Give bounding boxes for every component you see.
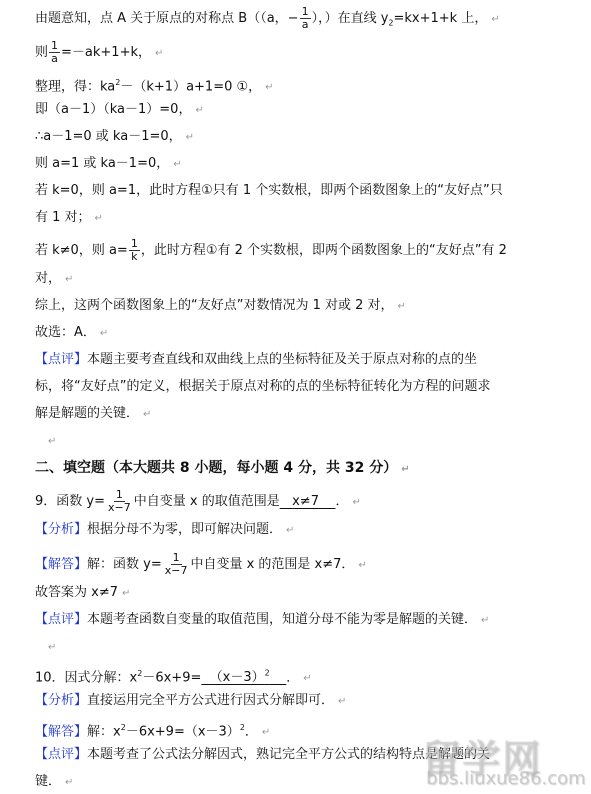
comment-block: 【点评】本题考查了公式法分解因式，熟记完全平方公式的结构特点是解题的关: [35, 746, 490, 764]
paragraph-mark-icon: ↵: [100, 328, 108, 339]
text-line: 键．↵: [35, 773, 73, 792]
answer-blank: （x－3）2: [201, 670, 286, 685]
comment-block: 【点评】本题考查函数自变量的取值范围，知道分母不能为零是解题的关键．↵: [35, 611, 489, 630]
text-line: 标，将“友好点”的定义，根据关于原点对称的点的坐标特征转化为方程的问题求: [35, 378, 490, 396]
paragraph-mark-icon: ↵: [65, 274, 73, 285]
denominator: x−7: [163, 565, 190, 577]
text-line: 综上，这两个函数图象上的“友好点”对数情况为 1 对或 2 对，↵: [35, 297, 406, 316]
text-line: 则 a=1 或 ka－1=0，↵: [35, 155, 182, 174]
text: －6x+9=（x－3）: [126, 724, 240, 739]
text: 中自变量 x 的范围是 x≠7．: [190, 557, 354, 572]
paragraph-mark-icon: ↵: [143, 409, 151, 420]
paragraph-mark-icon: ↵: [398, 301, 406, 312]
comment-block: 【点评】本题主要考查直线和双曲线上点的坐标特征及关于原点对称的点的坐: [35, 351, 477, 369]
watermark-url: bbs.liuxue86.com: [426, 768, 586, 789]
text: 本题考查函数自变量的取值范围，知道分母不能为零是解题的关键．: [87, 612, 477, 627]
comment-tag: 【点评】: [35, 352, 87, 367]
paragraph-mark-icon: ↵: [303, 673, 311, 684]
text-line: 有 1 对；↵: [35, 209, 103, 228]
solution-block: 【解答】解：函数 y=1x−7中自变量 x 的范围是 x≠7．↵: [35, 552, 367, 577]
document-page: 由题意知，点 A 关于原点的对称点 B（（a，−1a），）在直线 y2=kx+1…: [0, 0, 591, 794]
text-line: 故选：A．↵: [35, 324, 108, 343]
text-line: 故答案为 x≠7↵: [35, 584, 130, 603]
text: =kx+1+k 上，: [394, 11, 488, 26]
paragraph-mark-icon: ↵: [338, 696, 346, 707]
text: 本题考查了公式法分解因式，熟记完全平方公式的结构特点是解题的关: [87, 747, 490, 762]
fraction: 1a: [49, 40, 60, 65]
section-heading: 二、填空题（本大题共 8 小题，每小题 4 分，共 32 分）↵: [35, 459, 410, 479]
text: 直接运用完全平方公式进行因式分解即可．: [87, 693, 334, 708]
fraction: 1a: [300, 6, 311, 31]
paragraph-mark-icon: ↵: [353, 497, 361, 508]
answer-blank: x≠7: [280, 494, 336, 509]
solution-block: 【解答】解：x2－6x+9=（x－3）2．↵: [35, 719, 270, 742]
denominator: x−7: [106, 502, 133, 514]
fraction: 1x−7: [106, 489, 133, 514]
text-line: 若 k=0，则 a=1，此时方程①只有 1 个实数根，即两个函数图象上的“友好点…: [35, 182, 503, 200]
paragraph-mark-icon: ↵: [186, 132, 194, 143]
paragraph-mark-icon: ↵: [48, 436, 56, 447]
text: 有 1 对；: [35, 210, 91, 225]
text: =－ak+1+k，: [61, 45, 151, 60]
analysis-block: 【分析】根据分母不为零，即可解决问题．↵: [35, 521, 294, 540]
empty-line: ↵: [44, 638, 56, 657]
text-line: 整理，得：ka2－（k+1）a+1=0 ①，↵: [35, 74, 274, 97]
empty-line: ↵: [44, 432, 56, 451]
paragraph-mark-icon: ↵: [48, 642, 56, 653]
text: 故答案为 x≠7: [35, 585, 118, 600]
text: 10．因式分解：x: [35, 670, 137, 685]
superscript: 2: [265, 669, 270, 678]
analysis-block: 【分析】直接运用完全平方公式进行因式分解即可．↵: [35, 692, 346, 711]
text-line: 则1a=－ak+1+k，↵: [35, 40, 163, 65]
text: 9．函数 y=: [35, 494, 105, 509]
text: 由题意知，点 A 关于原点的对称点 B（（a，−: [35, 11, 299, 26]
denominator: a: [49, 53, 60, 65]
text: 则 a=1 或 ka－1=0，: [35, 156, 169, 171]
answer: x≠7: [292, 494, 319, 509]
paragraph-mark-icon: ↵: [155, 48, 163, 59]
text: 对，: [35, 271, 61, 286]
analysis-tag: 【分析】: [35, 522, 87, 537]
text: 整理，得：ka: [35, 79, 115, 94]
text: ，此时方程①有 2 个实数根，即两个函数图象上的“友好点”有 2: [141, 243, 507, 258]
heading-text: 二、填空题（本大题共 8 小题，每小题 4 分，共 32 分）: [35, 460, 397, 476]
text-line: ∴a－1=0 或 ka－1=0，↵: [35, 128, 194, 147]
text-line: 由题意知，点 A 关于原点的对称点 B（（a，−1a），）在直线 y2=kx+1…: [35, 6, 500, 33]
question-9: 9．函数 y=1x−7中自变量 x 的取值范围是 x≠7 ．↵: [35, 489, 361, 514]
fraction: 1k: [129, 238, 140, 263]
question-10: 10．因式分解：x2－6x+9= （x－3）2 ．↵: [35, 665, 312, 688]
text: ．: [336, 494, 349, 509]
text: 故选：A．: [35, 325, 96, 340]
text: 若 k=0，则 a=1，此时方程①只有 1 个实数根，即两个函数图象上的“友好点…: [35, 183, 503, 198]
paragraph-mark-icon: ↵: [358, 560, 366, 571]
solution-tag: 【解答】: [35, 724, 87, 739]
text-line: 对，↵: [35, 270, 73, 289]
paragraph-mark-icon: ↵: [265, 82, 273, 93]
paragraph-mark-icon: ↵: [491, 14, 499, 25]
paragraph-mark-icon: ↵: [401, 464, 409, 475]
text: 根据分母不为零，即可解决问题．: [87, 522, 282, 537]
paragraph-mark-icon: ↵: [65, 777, 73, 788]
text: 则: [35, 45, 48, 60]
denominator: k: [129, 251, 139, 263]
text: 解：函数 y=: [87, 557, 162, 572]
text: 解是解题的关键．: [35, 406, 139, 421]
text-line: 即（a－1）（ka－1）=0，↵: [35, 101, 204, 120]
text: 本题主要考查直线和双曲线上点的坐标特征及关于原点对称的点的坐: [87, 352, 477, 367]
paragraph-mark-icon: ↵: [262, 727, 270, 738]
text: ），）在直线 y: [312, 11, 389, 26]
text: 标，将“友好点”的定义，根据关于原点对称的点的坐标特征转化为方程的问题求: [35, 379, 490, 394]
paragraph-mark-icon: ↵: [286, 525, 294, 536]
text-line: 解是解题的关键．↵: [35, 405, 151, 424]
text: 即（a－1）（ka－1）=0，: [35, 102, 191, 117]
text: ∴a－1=0 或 ka－1=0，: [35, 129, 182, 144]
paragraph-mark-icon: ↵: [122, 588, 130, 599]
paragraph-mark-icon: ↵: [95, 213, 103, 224]
fraction: 1x−7: [163, 552, 190, 577]
solution-tag: 【解答】: [35, 557, 87, 572]
paragraph-mark-icon: ↵: [195, 105, 203, 116]
answer: （x－3）: [210, 670, 265, 685]
text: －6x+9=: [142, 670, 201, 685]
paragraph-mark-icon: ↵: [173, 159, 181, 170]
text: ．: [286, 670, 299, 685]
analysis-tag: 【分析】: [35, 693, 87, 708]
text-line: 若 k≠0，则 a=1k，此时方程①有 2 个实数根，即两个函数图象上的“友好点…: [35, 238, 507, 263]
text: 解：x: [87, 724, 121, 739]
text: 键．: [35, 774, 61, 789]
text: ．: [245, 724, 258, 739]
comment-tag: 【点评】: [35, 747, 87, 762]
text: 中自变量 x 的取值范围是: [134, 494, 280, 509]
text: 若 k≠0，则 a=: [35, 243, 128, 258]
paragraph-mark-icon: ↵: [481, 615, 489, 626]
comment-tag: 【点评】: [35, 612, 87, 627]
text: 综上，这两个函数图象上的“友好点”对数情况为 1 对或 2 对，: [35, 298, 394, 313]
text: －（k+1）a+1=0 ①，: [120, 79, 261, 94]
denominator: a: [300, 19, 311, 31]
